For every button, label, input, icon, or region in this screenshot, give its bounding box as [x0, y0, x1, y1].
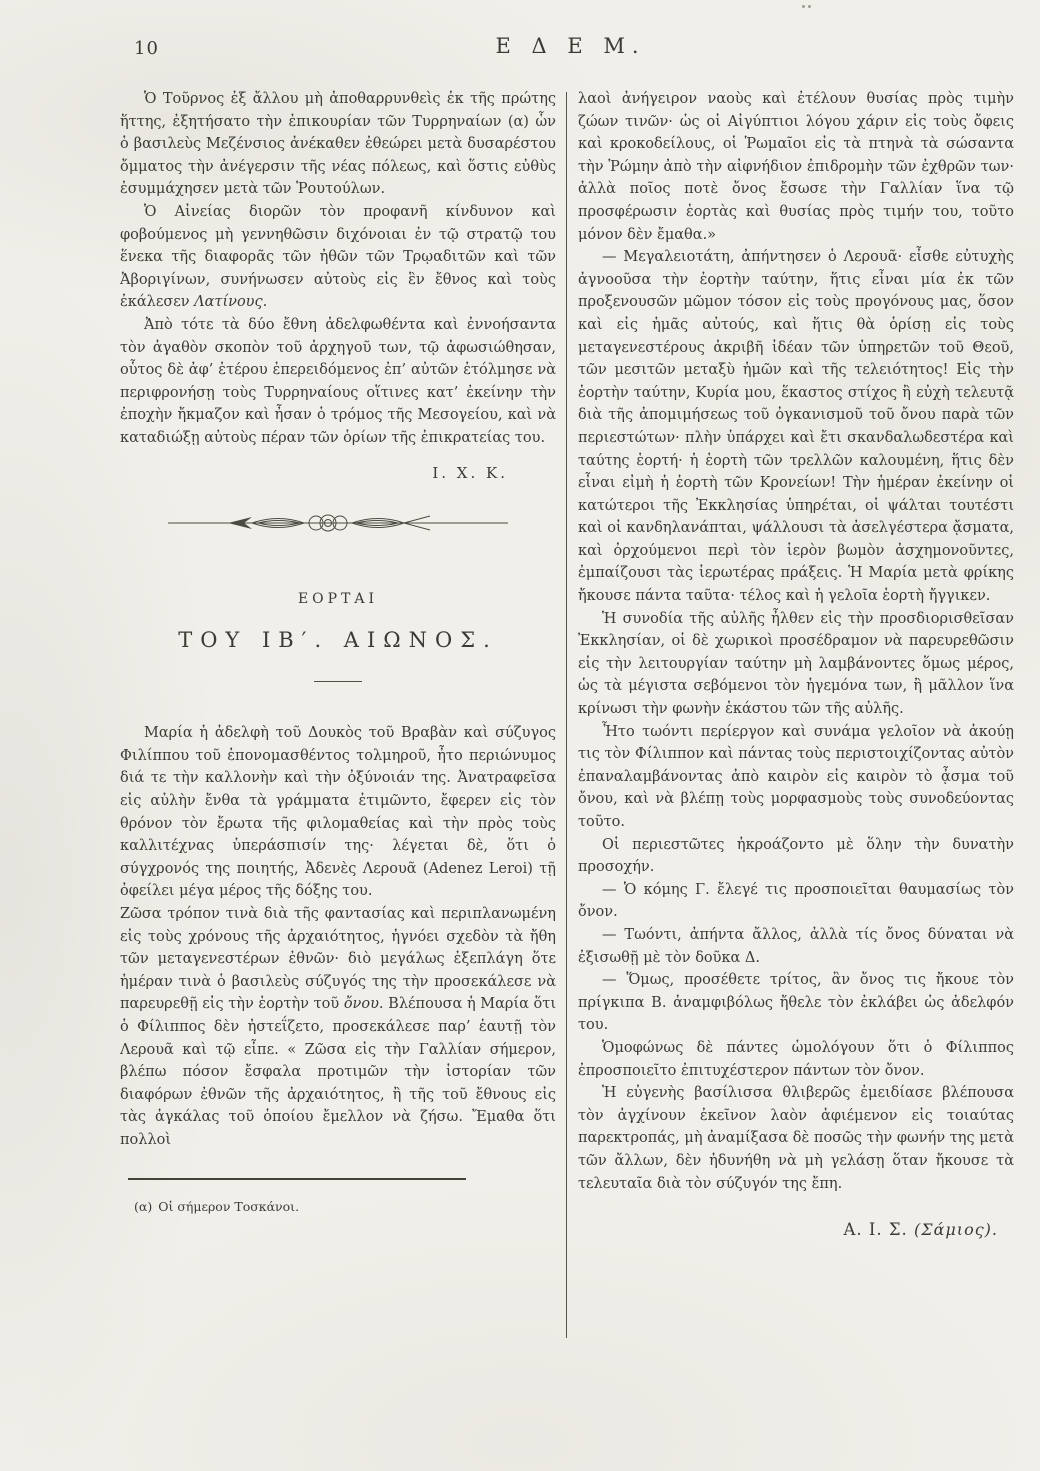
paragraph: Ἡ συνοδία τῆς αὐλῆς ἦλθεν εἰς τὴν προσδι…	[578, 608, 1014, 721]
paragraph: Μαρία ἡ ἀδελφὴ τοῦ Δουκὸς τοῦ Βραβὰν καὶ…	[120, 722, 556, 903]
emphasis-text: ὄνου	[344, 996, 379, 1012]
paragraph: Ὁ Αἰνείας διορῶν τὸν προφανῆ κίνδυνον κα…	[120, 201, 556, 314]
paragraph: Ἡ εὐγενὴς βασίλισσα θλιβερῶς ἐμειδίασε β…	[578, 1082, 1014, 1195]
section-title: ΤΟΥ ΙΒ′. ΑΙΩΝΟΣ.	[120, 629, 556, 652]
paragraph: — Ὅμως, προσέθετε τρίτος, ἂν ὄνος τις ἤκ…	[578, 969, 1014, 1037]
page-header: 10 Ε Δ Ε Μ.	[120, 34, 1014, 74]
footnote-block: (α)Οἱ σήμερον Τοσκάνοι.	[120, 1178, 556, 1219]
column-divider-rule	[566, 92, 567, 1338]
article-end-block: Ὁ Τοῦρνος ἐξ ἄλλου μὴ ἀποθαρρυνθεὶς ἐκ τ…	[120, 88, 556, 450]
footnote-marker: (α)	[134, 1199, 152, 1214]
text-run: Ἦτο τωόντι περίεργον καὶ συνάμα γελοῖον …	[578, 724, 1014, 830]
text-run: — Τωόντι, ἀπήντα ἄλλος, ἀλλὰ τίς ὄνος δύ…	[578, 927, 1014, 966]
article-start-block: Μαρία ἡ ἀδελφὴ τοῦ Δουκὸς τοῦ Βραβὰν καὶ…	[120, 722, 556, 1151]
text-run: . Βλέπουσα ἡ Μαρία ὅτι ὁ Φίλιππος δὲν ἠσ…	[120, 996, 556, 1148]
text-run: Ἀπὸ τότε τὰ δύο ἔθνη ἀδελφωθέντα καὶ ἐνν…	[120, 317, 556, 446]
text-columns: Ὁ Τοῦρνος ἐξ ἄλλου μὴ ἀποθαρρυνθεὶς ἐκ τ…	[120, 88, 1014, 1242]
text-run: Ἡ εὐγενὴς βασίλισσα θλιβερῶς ἐμειδίασε β…	[578, 1085, 1014, 1191]
text-run: — Ὁ κόμης Γ. ἔλεγέ τις προσποιεῖται θαυμ…	[578, 882, 1014, 921]
text-run: Ἡ συνοδία τῆς αὐλῆς ἦλθεν εἰς τὴν προσδι…	[578, 611, 1014, 717]
page-number: 10	[134, 38, 159, 59]
text-run: Μαρία ἡ ἀδελφὴ τοῦ Δουκὸς τοῦ Βραβὰν καὶ…	[120, 725, 556, 899]
paragraph: Ὁ Τοῦρνος ἐξ ἄλλου μὴ ἀποθαρρυνθεὶς ἐκ τ…	[120, 88, 556, 201]
signature-initials: Α. Ι. Σ.	[843, 1220, 907, 1239]
text-run: Ὁ Αἰνείας διορῶν τὸν προφανῆ κίνδυνον κα…	[120, 204, 556, 310]
text-run: Ὁμοφώνως δὲ πάντες ὡμολόγουν ὅτι ὁ Φίλιπ…	[578, 1040, 1014, 1079]
author-signature-right: Α. Ι. Σ. (Σάμιος).	[578, 1219, 1014, 1242]
left-column: Ὁ Τοῦρνος ἐξ ἄλλου μὴ ἀποθαρρυνθεὶς ἐκ τ…	[120, 88, 566, 1242]
paragraph: Ἦτο τωόντι περίεργον καὶ συνάμα γελοῖον …	[578, 721, 1014, 834]
paragraph: Οἱ περιεστῶτες ἠκροάζοντο μὲ ὅλην τὴν δυ…	[578, 834, 1014, 879]
masthead-title: Ε Δ Ε Μ.	[120, 34, 1014, 58]
text-run: Οἱ περιεστῶτες ἠκροάζοντο μὲ ὅλην τὴν δυ…	[578, 837, 1014, 876]
text-run: — Ὅμως, προσέθετε τρίτος, ἂν ὄνος τις ἤκ…	[578, 972, 1014, 1033]
paragraph: Ἀπὸ τότε τὰ δύο ἔθνη ἀδελφωθέντα καὶ ἐνν…	[120, 314, 556, 450]
paragraph: λαοὶ ἀνήγειρον ναοὺς καὶ ἐτέλουν θυσίας …	[578, 88, 1014, 246]
text-run: λαοὶ ἀνήγειρον ναοὺς καὶ ἐτέλουν θυσίας …	[578, 91, 1014, 243]
paragraph: Ὁμοφώνως δὲ πάντες ὡμολόγουν ὅτι ὁ Φίλιπ…	[578, 1037, 1014, 1082]
footnote-rule	[128, 1178, 466, 1180]
article-continuation-block: λαοὶ ἀνήγειρον ναοὺς καὶ ἐτέλουν θυσίας …	[578, 88, 1014, 1195]
text-run: Ὁ Τοῦρνος ἐξ ἄλλου μὴ ἀποθαρρυνθεὶς ἐκ τ…	[120, 91, 556, 197]
scanned-page: 10 Ε Δ Ε Μ. Ὁ Τοῦρνος ἐξ ἄλλου μὴ ἀποθαρ…	[0, 0, 1040, 1471]
scan-speck-artifact	[802, 5, 805, 8]
section-kicker: ΕΟΡΤΑΙ	[120, 588, 556, 611]
footnote-body: Οἱ σήμερον Τοσκάνοι.	[158, 1199, 299, 1214]
right-column: λαοὶ ἀνήγειρον ναοὺς καὶ ἐτέλουν θυσίας …	[566, 88, 1014, 1242]
emphasis-text: Λατίνους.	[194, 294, 267, 310]
text-run: — Μεγαλειοτάτη, ἀπήντησεν ὁ Λερουᾶ· εἶσθ…	[578, 249, 1014, 604]
paragraph: — Ὁ κόμης Γ. ἔλεγέ τις προσποιεῖται θαυμ…	[578, 879, 1014, 924]
ornamental-divider	[168, 510, 508, 536]
paragraph: Ζῶσα τρόπον τινὰ διὰ τῆς φαντασίας καὶ π…	[120, 903, 556, 1152]
paragraph: — Μεγαλειοτάτη, ἀπήντησεν ὁ Λερουᾶ· εἶσθ…	[578, 246, 1014, 608]
signature-name: (Σάμιος).	[914, 1220, 998, 1239]
paragraph: — Τωόντι, ἀπήντα ἄλλος, ἀλλὰ τίς ὄνος δύ…	[578, 924, 1014, 969]
footnote-text: (α)Οἱ σήμερον Τοσκάνοι.	[134, 1196, 556, 1219]
author-signature-left: Ι. Χ. Κ.	[120, 462, 556, 485]
heading-rule	[314, 681, 362, 682]
